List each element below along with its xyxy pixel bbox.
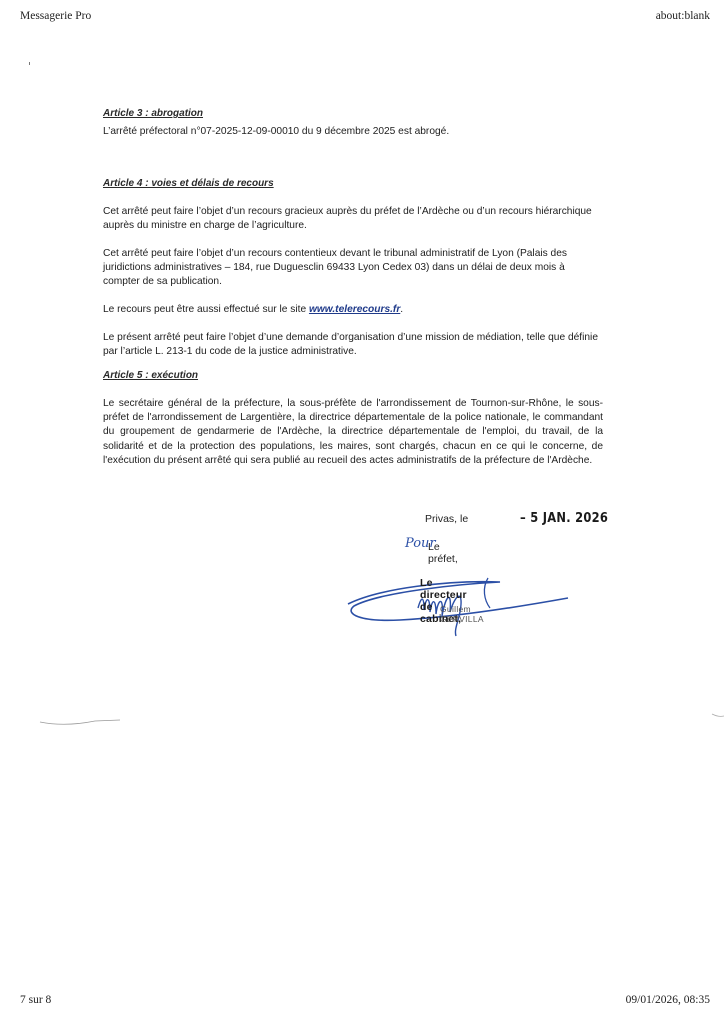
signer-name: Guillem GERVILLA <box>440 604 484 624</box>
article-5-paragraph: Le secrétaire général de la préfecture, … <box>103 397 603 468</box>
article-4-paragraph-contentieux: Cet arrêté peut faire l’objet d’un recou… <box>103 247 603 289</box>
telerecours-prefix: Le recours peut être aussi effectué sur … <box>103 304 309 315</box>
article-3-paragraph: L’arrêté préfectoral n°07-2025-12-09-000… <box>103 125 603 139</box>
telerecours-suffix: . <box>400 304 403 315</box>
print-header-title: Messagerie Pro <box>20 10 91 22</box>
date-stamp: – 5 JAN. 2026 <box>520 510 608 526</box>
print-header-url: about:blank <box>656 10 710 22</box>
article-5-heading: Article 5 : exécution <box>103 369 603 383</box>
article-4: Article 4 : voies et délais de recours C… <box>103 177 603 359</box>
document-body: Article 3 : abrogation L’arrêté préfecto… <box>103 107 603 468</box>
article-4-paragraph-gracieux: Cet arrêté peut faire l’objet d’un recou… <box>103 205 603 233</box>
article-5: Article 5 : exécution Le secrétaire géné… <box>103 369 603 468</box>
article-4-paragraph-mediation: Le présent arrêté peut faire l’objet d’u… <box>103 331 603 359</box>
scan-artifact-marks <box>0 700 724 740</box>
telerecours-link[interactable]: www.telerecours.fr <box>309 304 400 315</box>
article-3-heading: Article 3 : abrogation <box>103 107 603 121</box>
place-label: Privas, le <box>425 513 468 525</box>
page-indicator: 7 sur 8 <box>20 994 51 1006</box>
article-4-paragraph-telerecours: Le recours peut être aussi effectué sur … <box>103 303 603 317</box>
print-datetime: 09/01/2026, 08:35 <box>626 994 710 1006</box>
article-3: Article 3 : abrogation L’arrêté préfecto… <box>103 107 603 139</box>
prefet-label: Le préfet, <box>428 541 458 565</box>
article-4-heading: Article 4 : voies et délais de recours <box>103 177 603 191</box>
scan-speck <box>29 62 30 65</box>
